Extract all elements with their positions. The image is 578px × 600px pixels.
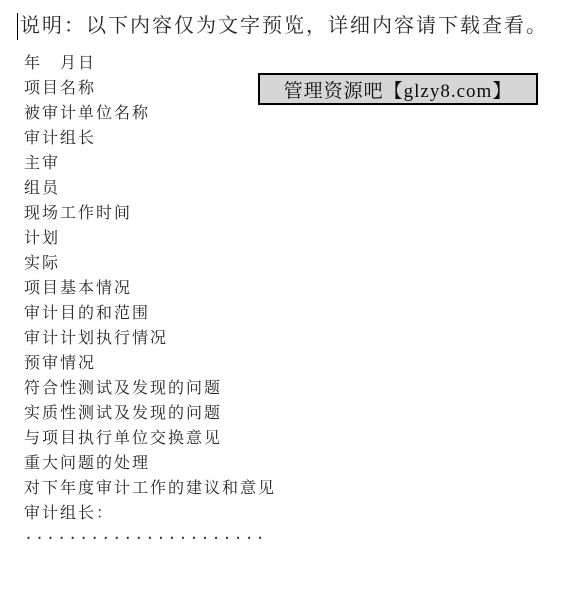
document-line-preaudit: 预审情况 bbox=[24, 351, 276, 376]
document-line-members: 组员 bbox=[24, 176, 276, 201]
document-line-substantive-tests: 实质性测试及发现的问题 bbox=[24, 401, 276, 426]
document-line-fieldwork-time: 现场工作时间 bbox=[24, 201, 276, 226]
document-line-actual: 实际 bbox=[24, 251, 276, 276]
document-body: 年 月日 项目名称 被审计单位名称 审计组长 主审 组员 现场工作时间 计划 实… bbox=[24, 51, 276, 551]
watermark-label: 管理资源吧【glzy8.com】 bbox=[284, 76, 513, 103]
document-line-project-name: 项目名称 bbox=[24, 76, 276, 101]
text-cursor bbox=[17, 13, 18, 40]
document-line-plan-execution: 审计计划执行情况 bbox=[24, 326, 276, 351]
watermark-box: 管理资源吧【glzy8.com】 bbox=[258, 73, 538, 105]
document-line-exchange-opinions: 与项目执行单位交换意见 bbox=[24, 426, 276, 451]
dotted-line: ······················ bbox=[24, 526, 276, 551]
document-line-signature: 审计组长： bbox=[24, 501, 276, 526]
document-line-audit-scope: 审计目的和范围 bbox=[24, 301, 276, 326]
document-line-planned: 计划 bbox=[24, 226, 276, 251]
document-line-project-basics: 项目基本情况 bbox=[24, 276, 276, 301]
document-line-major-issues: 重大问题的处理 bbox=[24, 451, 276, 476]
document-line-audit-leader: 审计组长 bbox=[24, 126, 276, 151]
document-line-compliance-tests: 符合性测试及发现的问题 bbox=[24, 376, 276, 401]
document-line-chief-auditor: 主审 bbox=[24, 151, 276, 176]
document-line-audited-unit: 被审计单位名称 bbox=[24, 101, 276, 126]
document-line-date: 年 月日 bbox=[24, 51, 276, 76]
preview-notice: 说明：以下内容仅为文字预览，详细内容请下载查看。 bbox=[20, 13, 548, 40]
document-line-next-year-advice: 对下年度审计工作的建议和意见 bbox=[24, 476, 276, 501]
document-preview-page: 说明：以下内容仅为文字预览，详细内容请下载查看。 管理资源吧【glzy8.com… bbox=[0, 0, 578, 600]
